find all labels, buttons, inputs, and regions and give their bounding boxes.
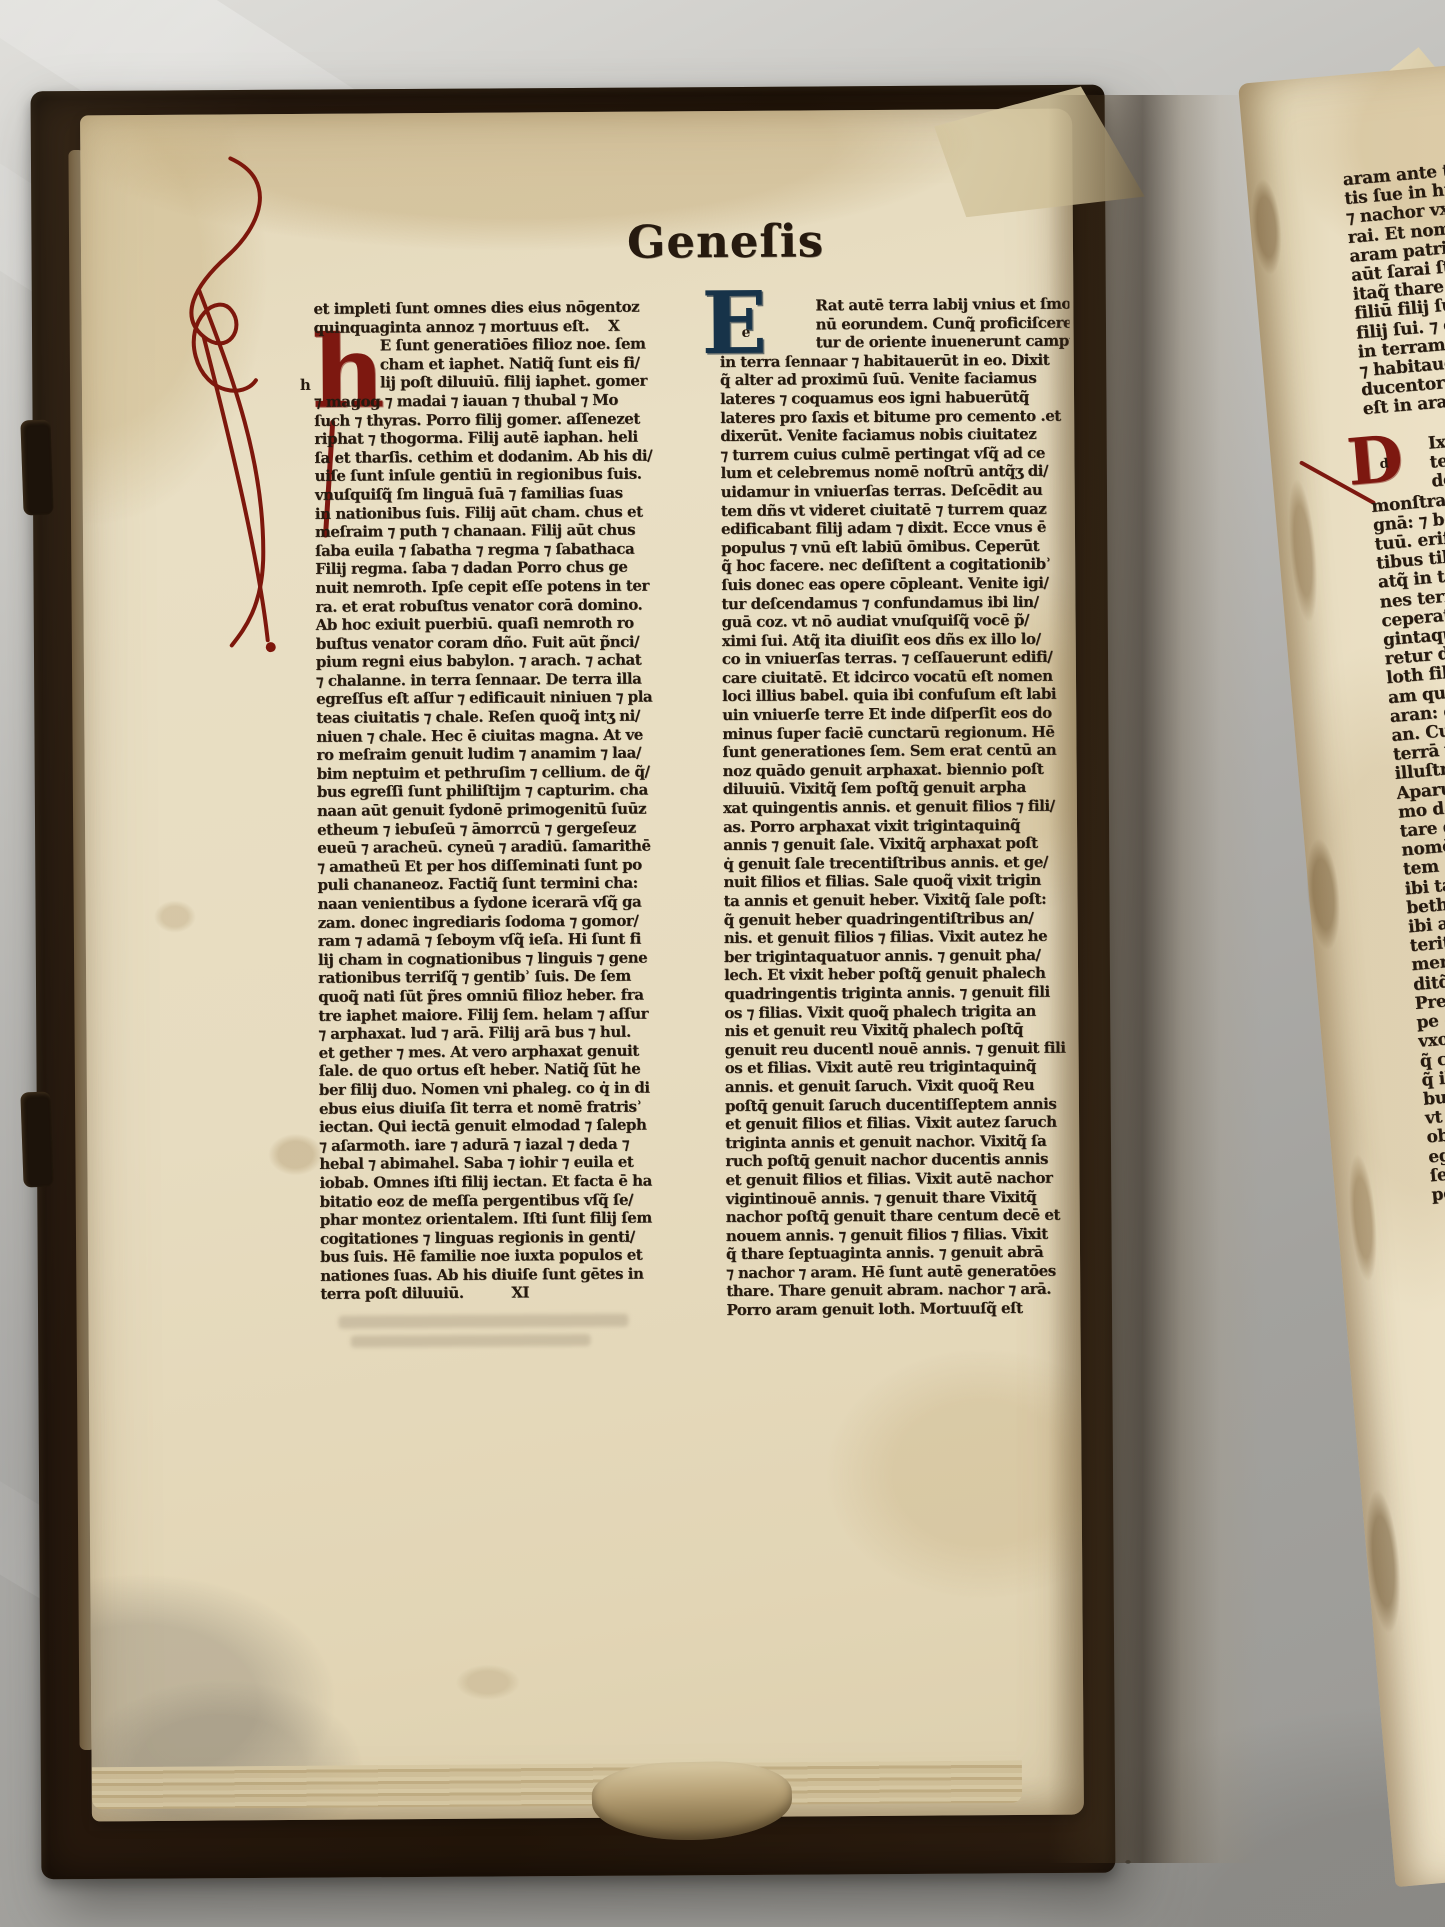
cover-clasp-top: [20, 420, 53, 516]
text-line: nouem annis. ⁊ genuit filios ⁊ filias. V…: [726, 1224, 1076, 1245]
text-line: pium regni eius babylon. ⁊ arach. ⁊ acha…: [316, 651, 688, 672]
text-line: ram ⁊ adamā ⁊ ſeboym vſq̃ ieſa. Hi ſunt …: [318, 929, 690, 950]
text-line: q̃ hoc facere. nec deſiſtent a cogitatio…: [721, 555, 1071, 576]
text-line: q̇ genuit ſale trecentiſtribus annis. et…: [723, 852, 1073, 873]
text-line: iobab. Omnes iſti filij iectan. Et facta…: [319, 1171, 691, 1192]
page-title-genesis: Geneſis: [627, 214, 825, 268]
text-line: lij poſt diluuiū. filij iaphet. gomer: [314, 372, 686, 393]
text-line: tur de oriente inuenerunt campum: [720, 332, 1070, 353]
text-line: minus ſuper faciē cunctarū regionum. Hē: [722, 722, 1072, 743]
text-line: populus ⁊ vnū eſt labiū ōmibus. Ceperūt: [721, 536, 1071, 557]
text-line: nachor poſtq̄ genuit thare centum decē e…: [726, 1206, 1076, 1227]
text-line: lum et celebremus nomē noſtrū antq̃ʒ di/: [721, 462, 1071, 483]
text-line: riphat ⁊ thogorma. Filij autē iaphan. he…: [314, 427, 686, 448]
text-line: tre iaphet maiore. Filij ſem. helam ⁊ aſ…: [318, 1004, 690, 1025]
text-line: tur deſcendamus ⁊ confundamus ibi lin/: [721, 592, 1071, 613]
text-line: lij cham in cognationibus ⁊ linguis ⁊ ge…: [318, 948, 690, 969]
text-line: ro meſraim genuit ludim ⁊ anamim ⁊ laa/: [316, 744, 688, 765]
text-line: annis ⁊ genuit ſale. Vixitq̃ arphaxat po…: [723, 834, 1073, 855]
cover-clasp-bottom: [20, 1092, 53, 1188]
text-line: quadringentis triginta annis. ⁊ genuit f…: [724, 983, 1074, 1004]
text-line: lateres pro ſaxis et bitume pro cemento …: [720, 406, 1070, 427]
text-line: nis et genuit reu Vixitq̃ phalech poſtq̄: [724, 1020, 1074, 1041]
text-line: Porro aram genuit loth. Mortuuſq̃ eſt: [726, 1299, 1076, 1320]
text-line: et impleti ſunt omnes dies eius nōgentoz: [313, 297, 685, 318]
text-line: tem dñs vt videret ciuitatē ⁊ turrem qua…: [721, 499, 1071, 520]
text-line: terra poſt diluuiū. XI: [320, 1283, 692, 1304]
text-line: in terra ſennaar ⁊ habitauerūt in eo. Di…: [720, 350, 1070, 371]
left-page: Geneſis h h E e et impleti ſunt omnes di…: [80, 109, 1084, 1822]
text-line: E ſunt generatiōes filioz noe. ſem: [314, 334, 686, 355]
text-line: iectan. Qui iectā genuit elmodad ⁊ ſalep…: [319, 1115, 691, 1136]
text-line: nū eorundem. Cunq̃ proficiſceren: [719, 313, 1069, 334]
text-line: quoq̃ nati ſūt p̃res omniū filioz heber.…: [318, 985, 690, 1006]
initial-guide-letter: h: [300, 376, 311, 394]
text-line: ruch poſtq̄ genuit nachor ducentis annis: [725, 1150, 1075, 1171]
text-line: q̃ alter ad proximū ſuū. Venite faciamus: [720, 369, 1070, 390]
text-line: uin vniuerſe terre Et inde diſperſit eos…: [722, 704, 1072, 725]
text-line: lech. Et vixit heber poſtq̃ genuit phale…: [724, 964, 1074, 985]
right-page-text-block-1: aram ante tharetis ſue in hur ch⁊ nachor…: [1342, 143, 1445, 420]
text-line: vigintinouē annis. ⁊ genuit thare Vixitq…: [726, 1187, 1076, 1208]
text-line: nis. et genuit filios ⁊ filias. Vixit au…: [724, 927, 1074, 948]
text-line: loci illius babel. quia ibi confuſum eſt…: [722, 685, 1072, 706]
show-through-smudge: [338, 1314, 628, 1329]
text-line: triginta annis et genuit nachor. Vixitq̃…: [725, 1131, 1075, 1152]
text-line: nuit filios et filias. Sale quoq̃ vixit …: [723, 871, 1073, 892]
text-line: os et filias. Vixit autē reu trigintaqui…: [725, 1057, 1075, 1078]
text-line: nuit nemroth. Ipſe cepit eſſe potens in …: [315, 576, 687, 597]
text-line: ber trigintaquatuor annis. ⁊ genuit pha/: [724, 945, 1074, 966]
gutter-shadow: [1048, 95, 1263, 1863]
text-line: naan aūt genuit ſydonē primogenitū ſuūz: [317, 799, 689, 820]
book-photograph: Geneſis h h E e et impleti ſunt omnes di…: [0, 0, 1445, 1927]
text-line: eueū ⁊ aracheū. cyneū ⁊ aradiū. ſamarith…: [317, 836, 689, 857]
text-line: teas ciuitatis ⁊ chale. Reſen quoq̃ intʒ…: [316, 706, 688, 727]
text-line: ſuis donec eas opere cōpleant. Venite ig…: [721, 573, 1071, 594]
text-line: xat quingentis annis. et genuit filios ⁊…: [723, 797, 1073, 818]
text-line: Ab hoc exiuit puerbiū. quaſi nemroth ro: [316, 613, 688, 634]
text-line: et genuit filios et filias. Vixit autē n…: [725, 1168, 1075, 1189]
show-through-smudge: [351, 1334, 591, 1348]
text-line: meſraim ⁊ puth ⁊ chanaan. Filij aūt chus: [315, 520, 687, 541]
text-line: ⁊ nachor ⁊ aram. Hē ſunt autē generatōes: [726, 1261, 1076, 1282]
text-line: ximi ſui. Atq̃ ita diuiſit eos dñs ex il…: [722, 629, 1072, 650]
text-line: uiſe ſunt inſule gentiū in regionibus ſu…: [315, 465, 687, 486]
text-line: dixerūt. Venite faciamus nobis ciuitatez: [720, 425, 1070, 446]
text-line: noz quādo genuit arphaxat. biennio poſt: [723, 759, 1073, 780]
text-line: nationes ſuas. Ab his diuiſe ſunt gētes …: [320, 1264, 692, 1285]
text-line: lateres ⁊ coquamus eos igni habuerūtq̃: [720, 388, 1070, 409]
text-line: phar montez orientalem. Iſti ſunt filij …: [320, 1208, 692, 1229]
text-line: os ⁊ filias. Vixit quoq̃ phalech trigita…: [724, 1001, 1074, 1022]
text-line: ſale. de quo ortus eſt heber. Natiq̃ ſūt…: [319, 1060, 691, 1081]
text-line: care ciuitatē. Et idcirco vocatū eſt nom…: [722, 666, 1072, 687]
text-line: as. Porro arphaxat vixit trigintaquinq̃: [723, 815, 1073, 836]
text-line: genuit reu ducentl nouē annis. ⁊ genuit …: [725, 1038, 1075, 1059]
text-line: poſtq̄ genuit ſaruch ducentiſſeptem anni…: [725, 1094, 1075, 1115]
text-line: annis. et genuit ſaruch. Vixit quoq̃ Reu: [725, 1076, 1075, 1097]
text-line: ber filij duo. Nomen vni phaleg. co q̇ i…: [319, 1078, 691, 1099]
text-line: bus ſuis. Hē familie noe iuxta populos e…: [320, 1246, 692, 1267]
text-line: ſunt generationes ſem. Sem erat centū an: [722, 741, 1072, 762]
text-line: ta annis et genuit heber. Vixitq̃ ſale p…: [723, 890, 1073, 911]
text-line: et genuit filios et filias. Vixit autez …: [725, 1113, 1075, 1134]
page-stack-bottom-edges: [92, 1761, 1022, 1809]
text-line: diluuiū. Vixitq̃ ſem poſtq̃ genuit arpha: [723, 778, 1073, 799]
text-line: q̃ genuit heber quadringentiſtribus an/: [724, 908, 1074, 929]
text-line: ⁊ turrem cuius culmē pertingat vſq̃ ad c…: [720, 443, 1070, 464]
text-line: guā coz. vt nō audiat vnuſquiſq̃ vocē p̃…: [722, 611, 1072, 632]
text-column-right: Rat autē terra labij vnius et ſmo/nū eor…: [719, 295, 1076, 1320]
text-line: ſaba euila ⁊ ſabatha ⁊ regma ⁊ ſabathaca: [315, 539, 687, 560]
text-line: naan venientibus a ſydone icerarā vſq̃ g…: [318, 892, 690, 913]
text-line: uidamur in vniuerſas terras. Deſcēdit au: [721, 481, 1071, 502]
text-line: edificabant filij adam ⁊ dixit. Ecce vnu…: [721, 518, 1071, 539]
text-line: q̃ thare ſeptuaginta annis. ⁊ genuit abr…: [726, 1243, 1076, 1264]
text-line: thare. Thare genuit abram. nachor ⁊ arā.: [726, 1280, 1076, 1301]
text-line: Rat autē terra labij vnius et ſmo/: [719, 295, 1069, 316]
text-column-left: et impleti ſunt omnes dies eius nōgentoz…: [313, 297, 692, 1304]
text-line: co in vniuerſas terras. ⁊ ceſſauerunt ed…: [722, 648, 1072, 669]
